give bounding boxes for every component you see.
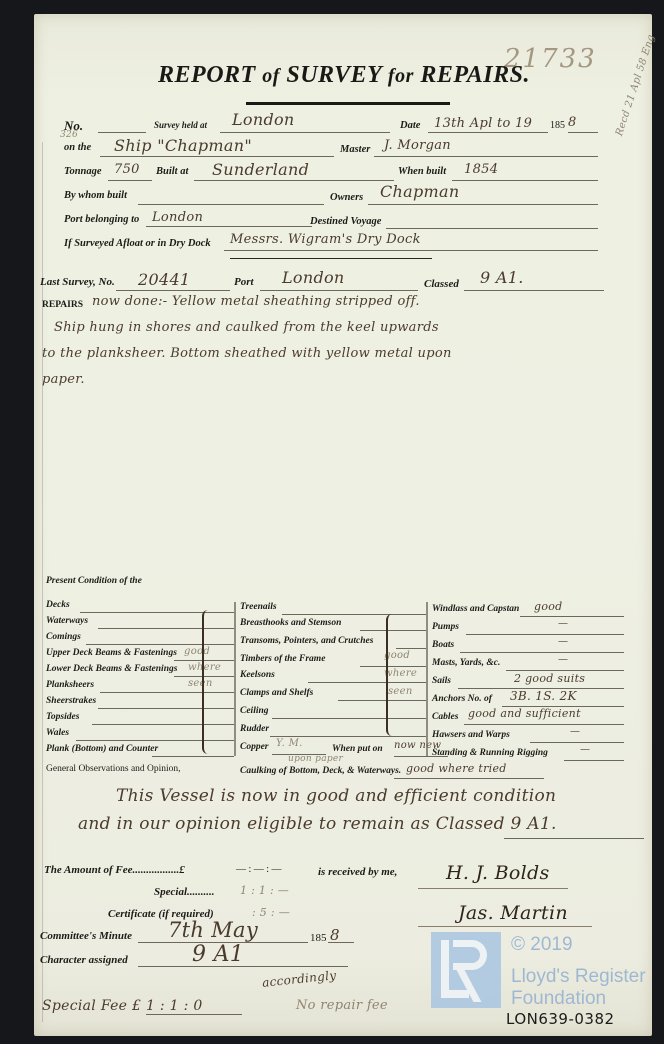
fee-received-label: is received by me, (318, 866, 397, 878)
condition-row-label: Sheerstrakes (46, 696, 96, 706)
condition-row-value: — (580, 744, 590, 755)
repairs-line: Ship hung in shores and caulked from the… (54, 320, 439, 335)
surveyor-signature: Jas. Martin (458, 902, 568, 924)
title-word: SURVEY (286, 62, 381, 88)
condition-row-label: Decks (46, 600, 70, 610)
copper-value: Y. M. (276, 738, 303, 749)
survey-held-at-label: Survey held at (154, 120, 207, 130)
date-label: Date (400, 120, 420, 131)
brace-mark (202, 610, 210, 754)
last-survey-port-label: Port (234, 276, 254, 288)
tonnage-value: 750 (114, 162, 140, 177)
opinion-line: This Vessel is now in good and efficient… (116, 786, 556, 806)
copper-label: Copper (240, 742, 269, 752)
reference-code: LON639-0382 (506, 1010, 615, 1028)
year-suffix: 8 (568, 115, 577, 130)
condition-row-value: — (558, 618, 568, 629)
classed-value: 9 A1. (480, 268, 524, 287)
year-prefix: 185 (550, 120, 565, 131)
condition-row-label: Standing & Running Rigging (432, 748, 548, 758)
condition-row-label: Upper Deck Beams & Fastenings (46, 648, 177, 658)
condition-row-label: Plank (Bottom) and Counter (46, 744, 158, 754)
opinion-line: and in our opinion eligible to remain as… (78, 814, 557, 834)
condition-row-label: Boats (432, 640, 454, 650)
condition-row-label: Rudder (240, 724, 269, 734)
condition-row-label: Clamps and Shelfs (240, 688, 313, 698)
margin-note: Recd 21 Apl 58 Eng (614, 33, 657, 137)
condition-heading: Present Condition of the (46, 576, 142, 586)
condition-row-value: 2 good suits (514, 672, 585, 685)
when-put-on-label: When put on (332, 744, 383, 754)
title-word: for (388, 65, 414, 87)
title-word: REPAIRS. (420, 62, 530, 88)
last-survey-port-value: London (282, 268, 345, 287)
condition-row-label: Windlass and Capstan (432, 604, 519, 614)
character-note: accordingly (261, 968, 336, 990)
tonnage-label: Tonnage (64, 166, 102, 177)
port-belonging-value: London (152, 210, 203, 225)
column-divider (426, 602, 428, 756)
condition-row-label: Ceiling (240, 706, 269, 716)
last-survey-label: Last Survey, No. (40, 276, 115, 288)
condition-row-label: Planksheers (46, 680, 94, 690)
caulking-value: good where tried (406, 762, 507, 775)
ship-name-value: Ship "Chapman" (114, 136, 252, 155)
repairs-label: REPAIRS (42, 300, 83, 310)
brace-mark (386, 614, 394, 736)
no-repair-fee-note: No repair fee (296, 998, 388, 1013)
title-word: of (262, 65, 280, 87)
title-rule (246, 102, 450, 105)
dry-dock-value: Messrs. Wigram's Dry Dock (230, 232, 421, 247)
condition-row-label: Keelsons (240, 670, 275, 680)
fee-amount-label: The Amount of Fee.................£ (44, 864, 185, 876)
condition-row-label: Waterways (46, 616, 88, 626)
no-value: 326 (60, 130, 78, 140)
condition-row-value: — (558, 654, 568, 665)
watermark-org-line2: Foundation (511, 988, 606, 1010)
owners-label: Owners (330, 192, 363, 203)
special-fee-label: Special.......... (154, 886, 215, 898)
owners-value: Chapman (380, 182, 459, 201)
condition-row-label: Hawsers and Warps (432, 730, 510, 740)
condition-row-label: Breasthooks and Stemson (240, 618, 341, 628)
condition-row-label: Sails (432, 676, 451, 686)
master-value: J. Morgan (384, 138, 451, 153)
repairs-line: now done:- Yellow metal sheathing stripp… (92, 294, 420, 309)
condition-row-label: Pumps (432, 622, 459, 632)
column-divider (234, 602, 236, 756)
special-fee-note: Special Fee £ 1 : 1 : 0 (42, 998, 203, 1014)
last-survey-value: 20441 (138, 270, 190, 289)
survey-held-at-value: London (232, 110, 295, 129)
by-whom-built-label: By whom built (64, 190, 127, 201)
destined-voyage-label: Destined Voyage (310, 216, 381, 227)
condition-row-label: Cables (432, 712, 458, 722)
condition-row-label: Treenails (240, 602, 277, 612)
condition-row-label: Transoms, Pointers, and Crutches (240, 636, 373, 646)
condition-row-value: — (570, 726, 580, 737)
survey-document: 21733 REPORT of SURVEY for REPAIRS. Recd… (34, 14, 652, 1036)
condition-row-value: good (534, 600, 563, 613)
date-value: 13th Apl to 19 (434, 116, 532, 131)
built-at-value: Sunderland (212, 160, 309, 179)
page-title: REPORT of SURVEY for REPAIRS. (104, 62, 584, 89)
when-built-value: 1854 (464, 162, 498, 177)
condition-row-label: Comings (46, 632, 81, 642)
watermark-org-line1: Lloyd's Register (511, 966, 646, 988)
condition-row-value: good and sufficient (468, 707, 581, 720)
character-assigned-value: 9 A1 (192, 942, 244, 967)
special-fee-value: 1 : 1 : — (240, 884, 289, 897)
condition-row-label: Topsides (46, 712, 79, 722)
watermark-copyright: © 2019 (511, 934, 573, 956)
caulking-label: Caulking of Bottom, Deck, & Waterways. (240, 766, 401, 776)
margin-line (42, 142, 43, 1022)
when-built-label: When built (398, 166, 446, 177)
condition-row-label: Wales (46, 728, 69, 738)
committee-minute-label: Committee's Minute (40, 930, 132, 942)
master-label: Master (340, 144, 370, 155)
condition-row-label: Masts, Yards, &c. (432, 658, 500, 668)
copper-note: upon paper (288, 754, 343, 764)
committee-minute-value: 7th May (168, 918, 258, 942)
lloyds-register-logo (431, 932, 501, 1008)
condition-row-value: 3B. 1S. 2K (510, 689, 577, 703)
committee-year-prefix: 185 (310, 932, 327, 944)
surveyor-signature: H. J. Bolds (446, 862, 550, 884)
port-belonging-label: Port belonging to (64, 214, 139, 225)
condition-row-label: Timbers of the Frame (240, 654, 325, 664)
condition-row-value: — (558, 636, 568, 647)
repairs-line: paper. (42, 372, 85, 387)
fee-amount-value: — : — : — (236, 864, 282, 875)
dry-dock-label: If Surveyed Afloat or in Dry Dock (64, 238, 211, 249)
built-at-label: Built at (156, 166, 188, 177)
condition-row-label: Anchors No. of (432, 694, 492, 704)
repairs-line: to the planksheer. Bottom sheathed with … (42, 346, 452, 361)
title-word: REPORT (158, 62, 256, 88)
classed-label: Classed (424, 278, 459, 290)
general-observations-label: General Observations and Opinion, (46, 764, 181, 774)
on-the-label: on the (64, 142, 91, 153)
condition-row-label: Lower Deck Beams & Fastenings (46, 664, 177, 674)
character-assigned-label: Character assigned (40, 954, 128, 966)
